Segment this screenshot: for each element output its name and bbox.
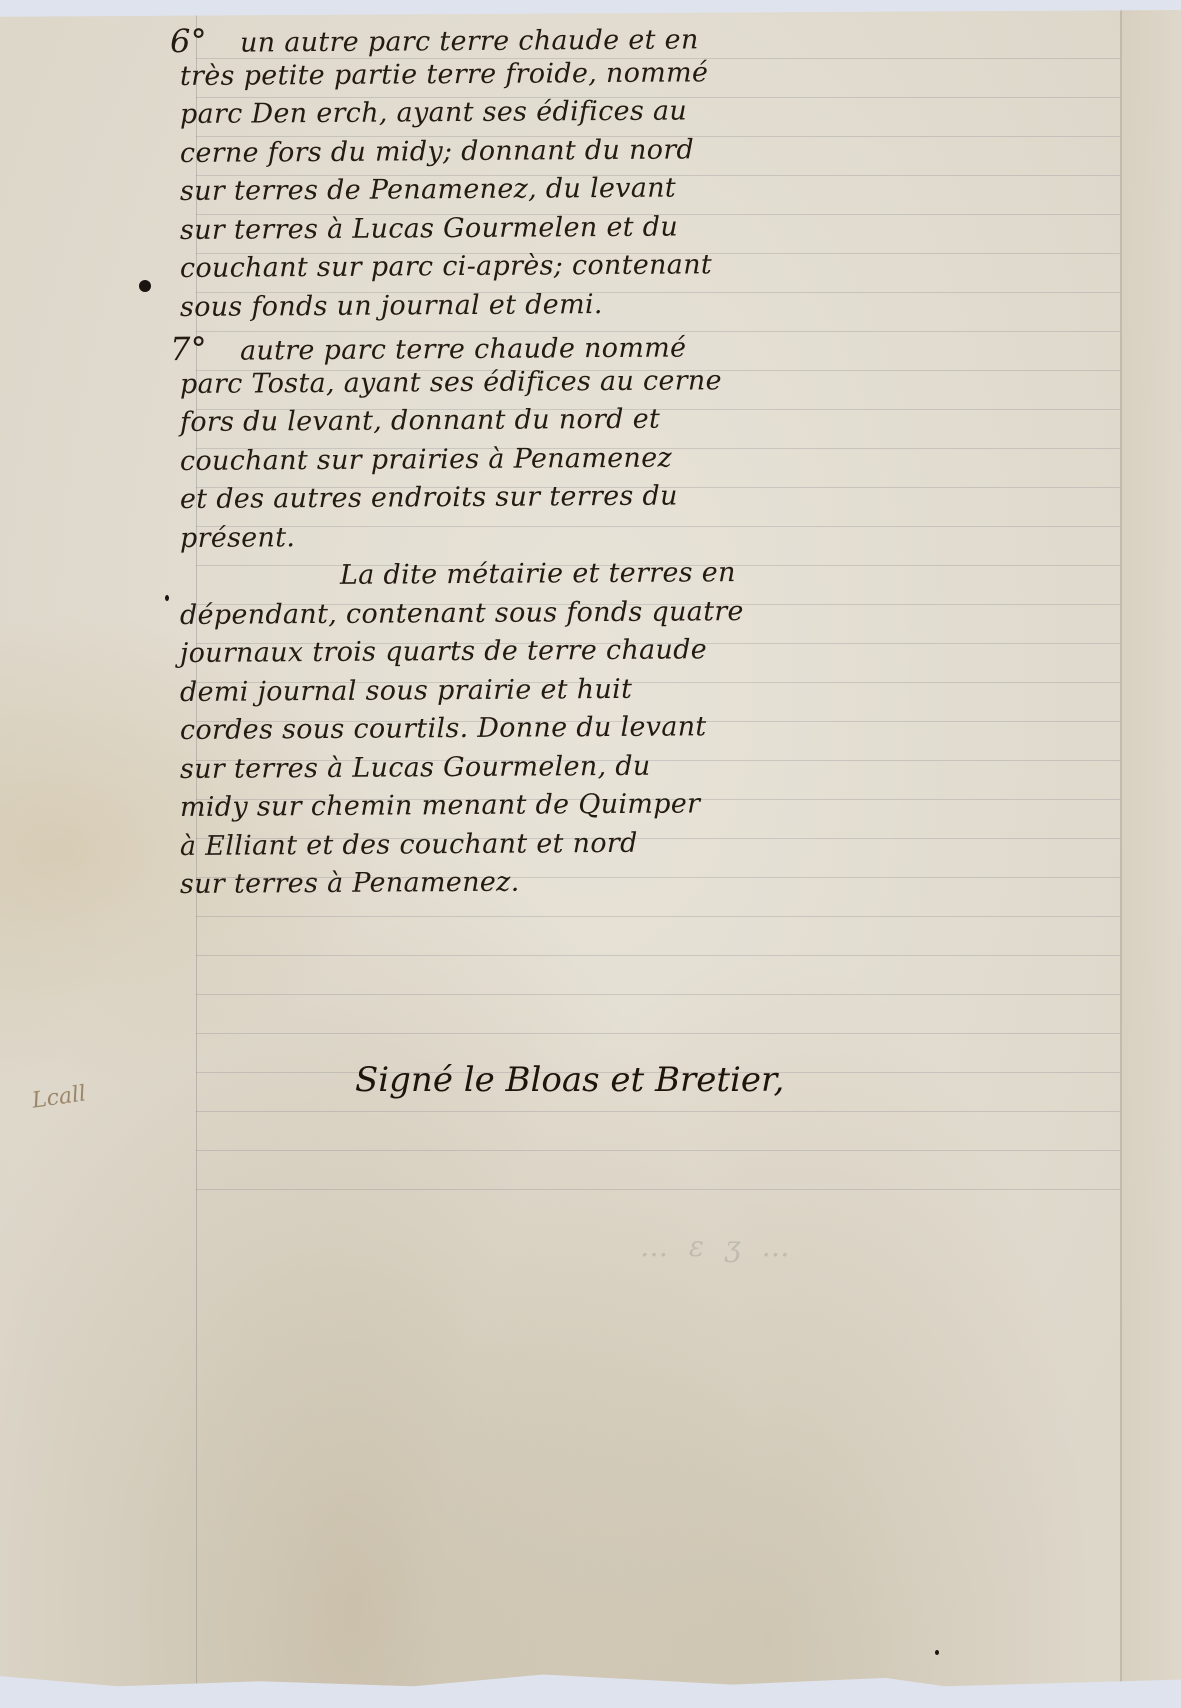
margin-note: Lcall (31, 1081, 88, 1113)
ruled-line (196, 1150, 1120, 1151)
manuscript-text: 6°un autre parc terre chaude et en très … (180, 22, 1100, 908)
ruled-line (196, 916, 1120, 917)
ruled-line (196, 994, 1120, 995)
text-line: La dite métairie et terres en (180, 555, 1100, 600)
text-line: sur terres à Lucas Gourmelen et du (180, 208, 1100, 253)
text-line: sur terres de Penamenez, du levant (180, 170, 1100, 215)
ruled-line (196, 955, 1120, 956)
text-line: fors du levant, donnant du nord et (180, 401, 1100, 446)
ruled-line (196, 1033, 1120, 1034)
ink-dot (165, 595, 169, 601)
text-line: 6°un autre parc terre chaude et en (180, 16, 1100, 61)
text-line: couchant sur parc ci-après; contenant (180, 247, 1100, 292)
text-line: sur terres à Lucas Gourmelen, du (180, 747, 1100, 792)
ink-blot (139, 280, 151, 292)
ruled-line (196, 1111, 1120, 1112)
bleed-through-text: … ɛ ʒ … (640, 1230, 796, 1263)
text-line: midy sur chemin menant de Quimper (180, 786, 1100, 831)
text-line: sous fonds un journal et demi. (180, 285, 1100, 330)
manuscript-page: 6°un autre parc terre chaude et en très … (0, 10, 1181, 1693)
page-fold-crease (1120, 10, 1122, 1690)
text-line: demi journal sous prairie et huit (180, 670, 1100, 715)
signature-line: Signé le Bloas et Bretier, (355, 1060, 784, 1100)
text-line: parc Den erch, ayant ses édifices au (180, 93, 1100, 138)
text-line: dépendant, contenant sous fonds quatre (180, 593, 1100, 638)
text-line: parc Tosta, ayant ses édifices au cerne (180, 362, 1100, 407)
text-line: cordes sous courtils. Donne du levant (180, 709, 1100, 754)
ruled-line (196, 1189, 1120, 1190)
text-line: à Elliant et des couchant et nord (180, 824, 1100, 869)
ink-dot (935, 1650, 939, 1655)
page-fold-shadow (1122, 10, 1181, 1690)
text-line: et des autres endroits sur terres du (180, 478, 1100, 523)
text-line: présent. (180, 516, 1100, 561)
text-line: cerne fors du midy; donnant du nord (180, 131, 1100, 176)
text-line: très petite partie terre froide, nommé (180, 54, 1100, 99)
item-number: 7° (170, 330, 240, 368)
text-line: sur terres à Penamenez. (180, 863, 1100, 908)
item-number: 6° (170, 22, 240, 60)
text-line: journaux trois quarts de terre chaude (180, 632, 1100, 677)
text-line: 7°autre parc terre chaude nommé (180, 324, 1100, 369)
text-line: couchant sur prairies à Penamenez (180, 439, 1100, 484)
